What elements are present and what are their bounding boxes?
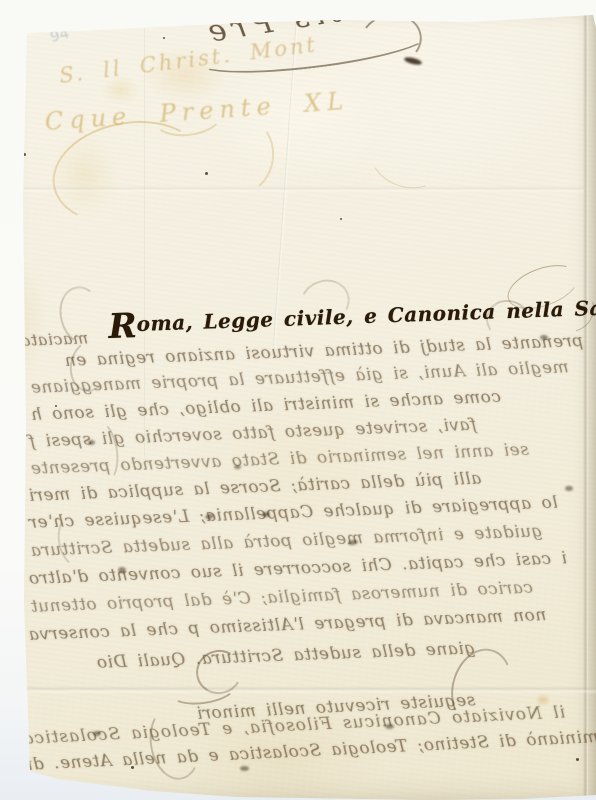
title-text: oma, Legge civile, e Canonica nella Sapi… bbox=[136, 293, 596, 336]
speck bbox=[567, 8, 569, 10]
crease-line bbox=[273, 18, 299, 347]
bleedthrough-line: giane della sudetta Scrittura. Quali Dio bbox=[96, 638, 476, 673]
ink-blot bbox=[240, 766, 249, 771]
ink-blot bbox=[234, 465, 241, 469]
speck bbox=[205, 172, 208, 175]
ink-blot bbox=[88, 440, 95, 445]
paper-sheet: 94 S. ll Christ. Mont Cque Prente XL Gra… bbox=[0, 0, 596, 800]
speck bbox=[163, 37, 165, 39]
speck bbox=[340, 218, 342, 220]
speck bbox=[23, 153, 26, 156]
pencil-number: 94 bbox=[48, 24, 71, 46]
crease-line bbox=[583, 12, 588, 800]
bleedthrough-line: maciata bbox=[20, 328, 88, 350]
faded-note-line1: S. ll Christ. Mont bbox=[58, 32, 319, 88]
ink-blot bbox=[385, 724, 394, 729]
crease-line bbox=[24, 686, 596, 694]
speck bbox=[55, 405, 57, 407]
ink-blot bbox=[404, 56, 423, 66]
ink-blot bbox=[565, 486, 573, 491]
ink-blot bbox=[93, 731, 101, 736]
speck bbox=[131, 766, 134, 769]
scanned-manuscript: 94 S. ll Christ. Mont Cque Prente XL Gra… bbox=[0, 0, 596, 800]
faded-note-line2: Cque Prente XL bbox=[44, 87, 350, 136]
crease-line bbox=[24, 186, 584, 193]
speck bbox=[576, 758, 579, 761]
title-initial: R bbox=[108, 306, 138, 347]
ink-blot bbox=[540, 335, 548, 340]
ink-blot bbox=[118, 567, 126, 573]
